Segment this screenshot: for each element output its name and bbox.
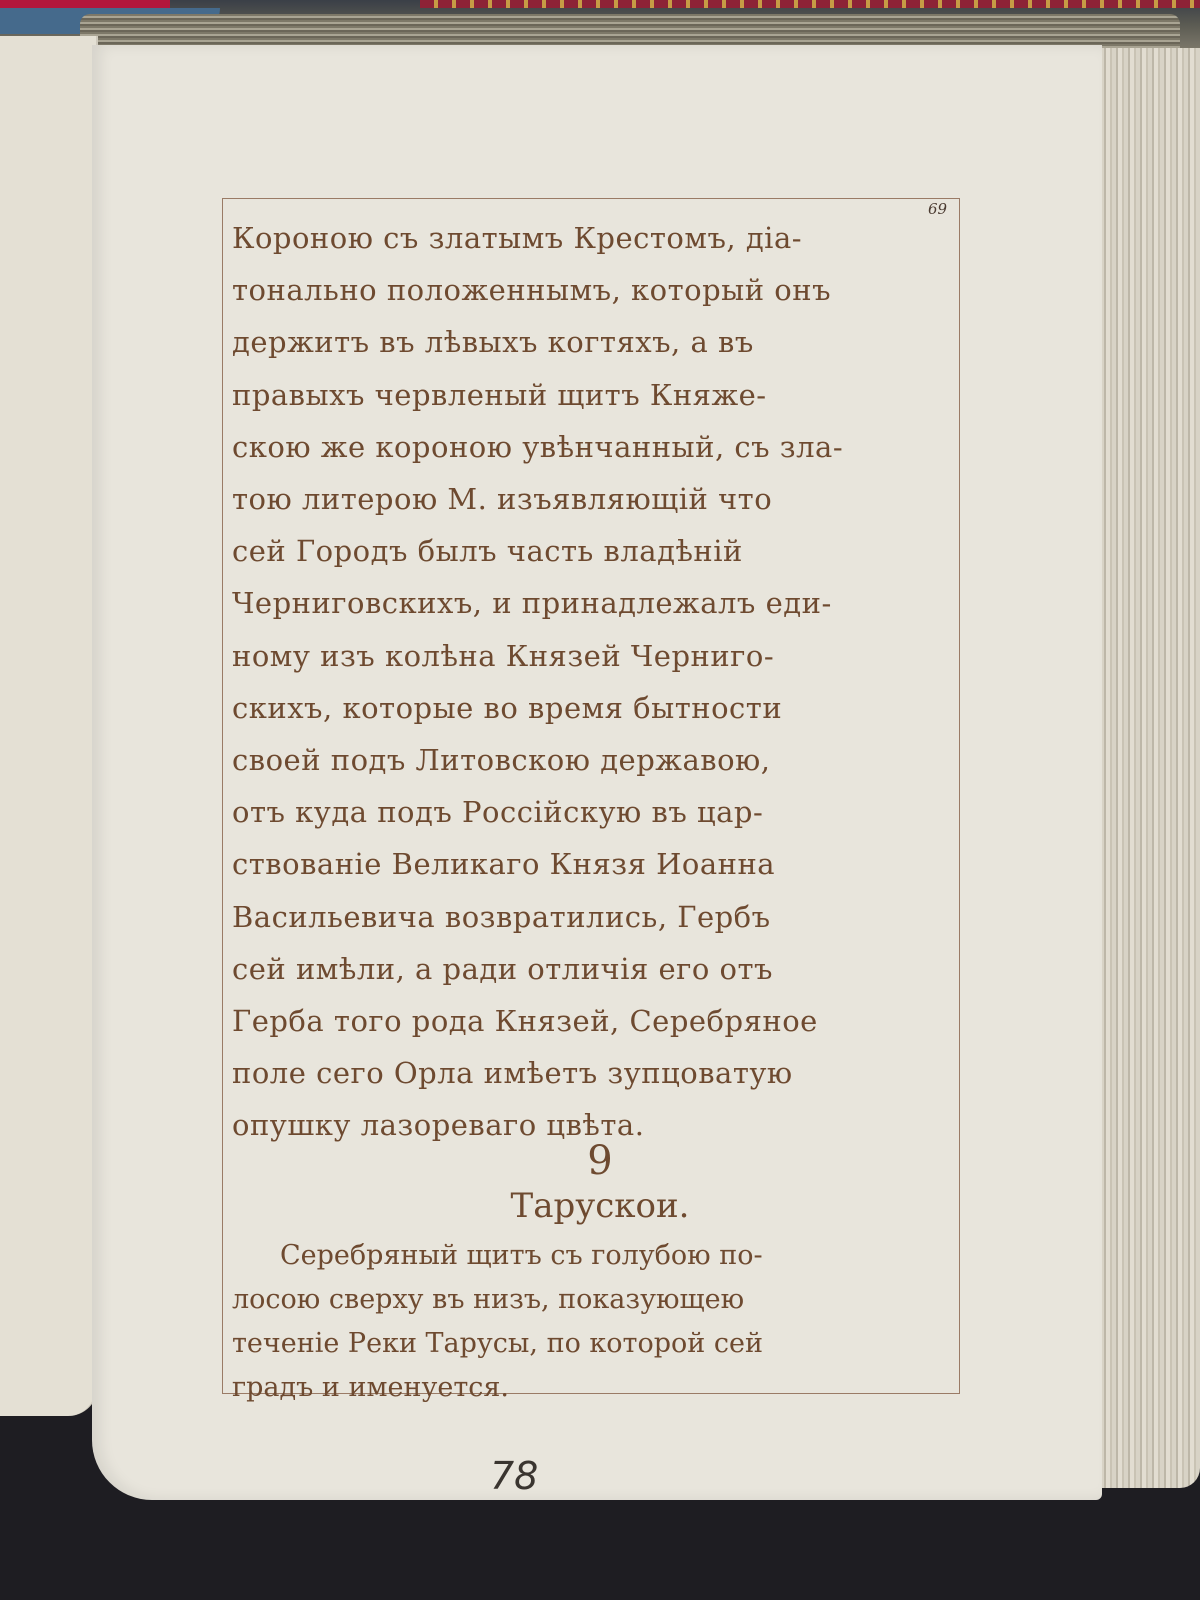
text-line: градъ и именуется. [232,1366,952,1410]
text-line: ствованіе Великаго Князя Иоанна [232,838,952,890]
text-line: Короною съ златымъ Крестомъ, діа- [232,212,952,264]
gilded-ornament-border [420,0,1200,8]
text-line: ному изъ колѣна Князей Черниго- [232,630,952,682]
text-line: сей Городъ былъ часть владѣній [232,525,952,577]
text-line: своей подъ Литовскою державою, [232,734,952,786]
text-line: Серебряный щитъ съ голубою по- [232,1234,952,1278]
section-number: 9 [0,1138,1200,1184]
section-title: Тарускои. [0,1186,1200,1226]
page-number: 78 [490,1454,538,1498]
text-line: сей имѣли, а ради отличія его отъ [232,943,952,995]
text-line: Васильевича возвратились, Гербъ [232,891,952,943]
text-line: отъ куда подъ Россійскую въ цар- [232,786,952,838]
text-line: лосою сверху въ низъ, показующею [232,1278,952,1322]
main-text-block: Короною съ златымъ Крестомъ, діа- тональ… [232,212,952,1152]
text-line: правыхъ червленый щитъ Княже- [232,369,952,421]
text-line: тонально положеннымъ, который онъ [232,264,952,316]
text-line: скихъ, которые во время бытности [232,682,952,734]
text-line: держитъ въ лѣвыхъ когтяхъ, а въ [232,316,952,368]
text-line: теченіе Реки Тарусы, по которой сей [232,1322,952,1366]
text-line: Черниговскихъ, и принадлежалъ еди- [232,577,952,629]
text-line: скою же короною увѣнчанный, съ зла- [232,421,952,473]
page-block-right-edge [1088,48,1200,1488]
text-line: поле сего Орла имѣетъ зупцоватую [232,1047,952,1099]
text-line: Герба того рода Князей, Серебряное [232,995,952,1047]
section-text-block: Серебряный щитъ съ голубою по- лосою све… [232,1234,952,1410]
text-line: тою литерою М. изъявляющій что [232,473,952,525]
